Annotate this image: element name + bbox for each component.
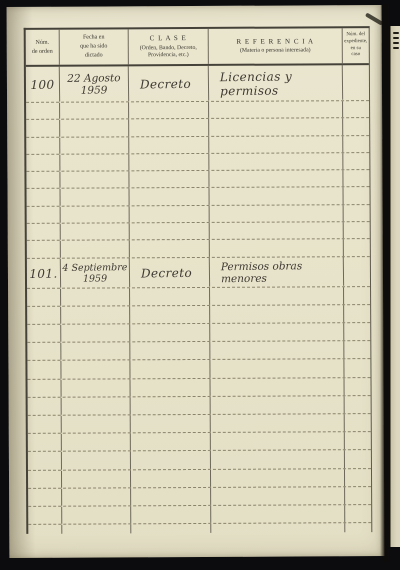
table-cell [130,324,210,342]
table-cell [131,451,211,469]
table-cell [211,451,345,469]
table-cell [211,523,345,533]
table-row [27,360,370,380]
table-cell [344,323,370,340]
table-cell [344,341,370,358]
table-cell [61,288,130,306]
registry-table: Núm. de orden Fecha en que ha sido dicta… [24,26,373,534]
header-clase: C L A S E (Orden, Bando, Decreto, Provid… [129,29,209,64]
table-cell [60,172,129,189]
entry-num: 100 [26,67,60,102]
table-cell [345,432,371,449]
header-num-orden-label: Núm. de orden [32,39,53,56]
table-cell [209,170,343,187]
table-row [28,469,371,489]
entry-fecha: 4 Septiembre 1959 [61,258,130,288]
table-cell [343,136,369,152]
table-cell [130,342,210,360]
table-row [27,323,370,343]
table-row [27,188,370,207]
table-cell [131,379,211,397]
table-cell [344,188,370,204]
table-cell [62,434,131,452]
header-referencia-sub: (Materia o persona interesada) [236,48,314,56]
entry-referencia: Permisos obras menores [210,256,344,287]
header-clase-title: C L A S E [140,33,197,43]
table-cell [27,241,61,257]
table-cell [28,507,62,524]
header-expediente-label: Núm. del expediente, en su caso [344,32,367,59]
facing-page-edge [390,26,400,547]
table-cell [209,119,343,136]
table-cell [210,287,344,305]
table-cell [61,223,130,240]
table-row [28,378,371,398]
table-cell [343,65,369,100]
table-row [26,118,369,137]
header-fecha-label: Fecha en que ha sido dictado [80,34,107,60]
table-cell [344,257,370,286]
table-cell [131,524,211,533]
table-cell [210,188,344,205]
table-cell [210,222,344,239]
facing-page-text-mark [393,47,399,49]
ledger-page: Núm. de orden Fecha en que ha sido dicta… [7,5,385,558]
table-row [26,136,369,155]
table-cell [211,487,345,505]
table-cell [344,287,370,304]
table-cell [129,171,209,188]
table-cell [210,305,344,323]
table-cell [28,525,62,534]
table-cell [211,469,345,487]
table-cell [129,102,209,119]
table-cell [61,241,130,258]
table-cell [131,415,211,433]
table-cell [61,206,130,223]
table-row [27,239,370,258]
table-cell [343,170,369,186]
table-cell [62,379,131,397]
table-cell [129,119,209,136]
table-cell [28,488,62,505]
table-row [28,450,371,470]
table-cell [27,189,61,205]
table-cell [27,206,61,222]
table-cell [211,378,345,396]
table-cell [211,432,345,450]
table-cell [345,523,371,532]
table-cell [28,416,62,433]
table-row [27,305,370,325]
table-cell [60,120,129,137]
table-cell [345,378,371,395]
facing-page-text-mark [393,42,399,44]
table-cell [61,343,130,361]
table-cell [131,397,211,415]
table-cell [62,415,131,433]
table-cell [210,240,344,257]
table-cell [130,240,210,257]
table-cell [62,506,131,524]
table-cell [129,154,209,171]
table-cell [28,434,62,451]
table-cell [61,306,130,324]
table-cell [60,102,129,119]
table-cell [345,396,371,413]
entry-clase: Decreto [130,257,210,287]
table-cell [27,361,61,378]
facing-page-text-mark [393,32,399,34]
table-cell [62,470,131,488]
table-cell [28,470,62,487]
table-row-entry-101: 101. 4 Septiembre 1959 Decreto Permisos … [27,257,370,289]
table-cell [26,137,60,153]
table-cell [345,505,371,522]
table-cell [343,118,369,134]
table-cell [28,379,62,396]
table-cell [211,414,345,432]
table-cell [130,206,210,223]
table-cell [344,239,370,255]
table-row [28,396,371,416]
table-cell [210,341,344,359]
table-cell [130,288,210,306]
table-cell [28,397,62,414]
table-cell [209,153,343,170]
table-row [27,341,370,361]
table-cell [27,343,61,360]
entry-referencia: Licencias y permisos [209,65,343,102]
table-cell [131,469,211,487]
entry-clase: Decreto [129,66,209,102]
table-cell [343,101,369,117]
table-cell [131,488,211,506]
header-num-orden: Núm. de orden [26,30,60,65]
table-cell [28,452,62,469]
table-cell [130,360,210,378]
entry-num: 101. [27,258,61,287]
table-cell [209,101,343,118]
table-cell [344,222,370,238]
table-cell [131,506,211,524]
table-cell [131,433,211,451]
table-line-stubs [28,523,371,534]
table-cell [344,205,370,221]
table-row [27,287,370,307]
table-cell [26,155,60,171]
table-row [26,170,369,189]
table-cell [27,307,61,324]
table-cell [210,323,344,341]
table-cell [345,414,371,431]
header-clase-sub: (Orden, Bando, Decreto, Providencia, etc… [140,45,197,60]
table-cell [210,205,344,222]
table-cell [26,103,60,119]
table-cell [211,396,345,414]
table-cell [345,487,371,504]
table-cell [26,172,60,188]
table-cell [129,137,209,154]
table-cell [344,305,370,322]
entry-fecha: 22 Agosto 1959 [60,66,129,102]
table-cell [27,325,61,342]
table-cell [62,488,131,506]
table-cell [60,137,129,154]
table-cell [130,223,210,240]
table-cell [27,288,61,305]
table-cell [27,224,61,240]
table-cell [62,452,131,470]
table-row [27,222,370,241]
header-expediente: Núm. del expediente, en su caso [343,28,369,63]
table-row [28,487,371,507]
table-cell [210,360,344,378]
table-cell [26,120,60,136]
table-row [28,505,371,525]
table-cell [344,360,370,377]
table-cell [345,450,371,467]
table-cell [61,361,130,379]
table-row [28,414,371,434]
table-cell [130,188,210,205]
table-cell [62,397,131,415]
table-row-entry-100: 100 22 Agosto 1959 Decreto Licencias y p… [26,65,369,103]
table-cell [343,153,369,169]
header-referencia: R E F E R E N C I A (Materia o persona i… [209,28,343,64]
table-cell [130,306,210,324]
table-cell [209,136,343,153]
book-gutter-shadow [380,4,390,562]
header-fecha: Fecha en que ha sido dictado [60,29,129,64]
table-cell [62,524,131,533]
table-row [27,205,370,224]
table-row [28,432,371,452]
header-referencia-title: R E F E R E N C I A [236,37,314,48]
table-cell [345,469,371,486]
table-cell [211,505,345,523]
table-row [26,153,369,172]
table-cell [60,154,129,171]
table-cell [61,189,130,206]
table-header-row: Núm. de orden Fecha en que ha sido dicta… [26,28,369,67]
table-cell [61,324,130,342]
table-row [26,101,369,120]
facing-page-text-mark [393,37,399,39]
